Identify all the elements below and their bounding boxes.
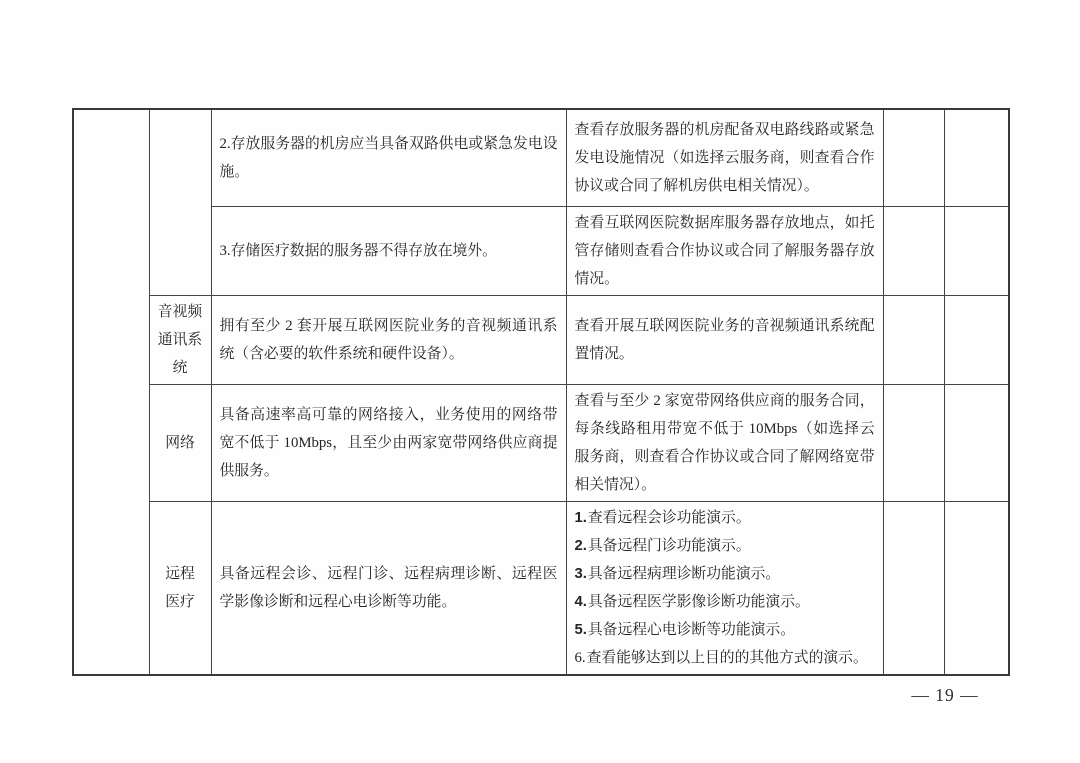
table-row: 网络 具备高速率高可靠的网络接入，业务使用的网络带宽不低于 10Mbps，且至少… xyxy=(73,384,1009,501)
check-item-text: 查看远程会诊功能演示。 xyxy=(588,510,751,526)
blank-cell xyxy=(883,206,944,295)
requirement-cell: 具备远程会诊、远程门诊、远程病理诊断、远程医学影像诊断和远程心电诊断等功能。 xyxy=(211,501,566,675)
page-number: — 19 — xyxy=(880,685,1010,706)
check-item-number: 6. xyxy=(575,650,586,666)
document-page: 2.存放服务器的机房应当具备双路供电或紧急发电设施。 查看存放服务器的机房配备双… xyxy=(0,0,1080,763)
check-item: 6.查看能够达到以上目的的其他方式的演示。 xyxy=(575,644,875,672)
category-cell-telemedicine: 远程 医疗 xyxy=(149,501,211,675)
requirement-cell: 拥有至少 2 套开展互联网医院业务的音视频通讯系统（含必要的软件系统和硬件设备）… xyxy=(211,295,566,384)
check-item-text: 查看能够达到以上目的的其他方式的演示。 xyxy=(587,650,868,666)
check-item-number: 2. xyxy=(575,538,587,554)
table-row: 2.存放服务器的机房应当具备双路供电或紧急发电设施。 查看存放服务器的机房配备双… xyxy=(73,109,1009,206)
check-item: 3.具备远程病理诊断功能演示。 xyxy=(575,560,875,588)
check-method-cell: 查看开展互联网医院业务的音视频通讯系统配置情况。 xyxy=(566,295,883,384)
requirement-text: 3.存储医疗数据的服务器不得存放在境外。 xyxy=(220,243,497,259)
category-cell-network: 网络 xyxy=(149,384,211,501)
check-method-text: 查看开展互联网医院业务的音视频通讯系统配置情况。 xyxy=(575,318,875,362)
check-item-text: 具备远程门诊功能演示。 xyxy=(588,538,751,554)
blank-cell xyxy=(944,384,1009,501)
check-item-number: 3. xyxy=(575,566,587,582)
blank-cell xyxy=(883,109,944,206)
check-item-text: 具备远程病理诊断功能演示。 xyxy=(588,566,780,582)
table-row: 音视频 通讯系 统 拥有至少 2 套开展互联网医院业务的音视频通讯系统（含必要的… xyxy=(73,295,1009,384)
left-margin-cell xyxy=(73,109,149,675)
check-method-text: 查看互联网医院数据库服务器存放地点，如托管存储则查看合作协议或合同了解服务器存放… xyxy=(575,215,875,287)
requirement-text: 具备远程会诊、远程门诊、远程病理诊断、远程医学影像诊断和远程心电诊断等功能。 xyxy=(220,566,558,610)
category-cell-av-system: 音视频 通讯系 统 xyxy=(149,295,211,384)
check-item-text: 具备远程医学影像诊断功能演示。 xyxy=(588,594,810,610)
blank-cell xyxy=(944,109,1009,206)
requirement-text: 拥有至少 2 套开展互联网医院业务的音视频通讯系统（含必要的软件系统和硬件设备）… xyxy=(220,318,558,362)
check-item-number: 1. xyxy=(575,510,587,526)
table-row: 3.存储医疗数据的服务器不得存放在境外。 查看互联网医院数据库服务器存放地点，如… xyxy=(73,206,1009,295)
check-method-cell: 查看与至少 2 家宽带网络供应商的服务合同，每条线路租用带宽不低于 10Mbps… xyxy=(566,384,883,501)
check-item-text: 具备远程心电诊断等功能演示。 xyxy=(588,622,795,638)
checklist-table: 2.存放服务器的机房应当具备双路供电或紧急发电设施。 查看存放服务器的机房配备双… xyxy=(72,108,1010,676)
requirement-cell: 3.存储医疗数据的服务器不得存放在境外。 xyxy=(211,206,566,295)
requirement-cell: 具备高速率高可靠的网络接入，业务使用的网络带宽不低于 10Mbps，且至少由两家… xyxy=(211,384,566,501)
check-item: 2.具备远程门诊功能演示。 xyxy=(575,532,875,560)
blank-cell xyxy=(944,206,1009,295)
requirement-cell: 2.存放服务器的机房应当具备双路供电或紧急发电设施。 xyxy=(211,109,566,206)
requirement-text: 2.存放服务器的机房应当具备双路供电或紧急发电设施。 xyxy=(220,136,558,180)
check-method-text: 查看存放服务器的机房配备双电路线路或紧急发电设施情况（如选择云服务商，则查看合作… xyxy=(575,122,875,194)
blank-cell xyxy=(944,501,1009,675)
check-method-cell: 1.查看远程会诊功能演示。 2.具备远程门诊功能演示。 3.具备远程病理诊断功能… xyxy=(566,501,883,675)
blank-cell xyxy=(883,384,944,501)
check-item: 1.查看远程会诊功能演示。 xyxy=(575,504,875,532)
requirement-text: 具备高速率高可靠的网络接入，业务使用的网络带宽不低于 10Mbps，且至少由两家… xyxy=(220,407,558,479)
check-item: 4.具备远程医学影像诊断功能演示。 xyxy=(575,588,875,616)
blank-cell xyxy=(883,295,944,384)
check-item: 5.具备远程心电诊断等功能演示。 xyxy=(575,616,875,644)
check-method-cell: 查看存放服务器的机房配备双电路线路或紧急发电设施情况（如选择云服务商，则查看合作… xyxy=(566,109,883,206)
check-item-number: 5. xyxy=(575,622,587,638)
check-method-text: 查看与至少 2 家宽带网络供应商的服务合同，每条线路租用带宽不低于 10Mbps… xyxy=(575,393,875,493)
blank-cell xyxy=(944,295,1009,384)
check-method-cell: 查看互联网医院数据库服务器存放地点，如托管存储则查看合作协议或合同了解服务器存放… xyxy=(566,206,883,295)
blank-cell xyxy=(883,501,944,675)
table-row: 远程 医疗 具备远程会诊、远程门诊、远程病理诊断、远程医学影像诊断和远程心电诊断… xyxy=(73,501,1009,675)
check-item-number: 4. xyxy=(575,594,587,610)
category-cell-empty xyxy=(149,109,211,295)
